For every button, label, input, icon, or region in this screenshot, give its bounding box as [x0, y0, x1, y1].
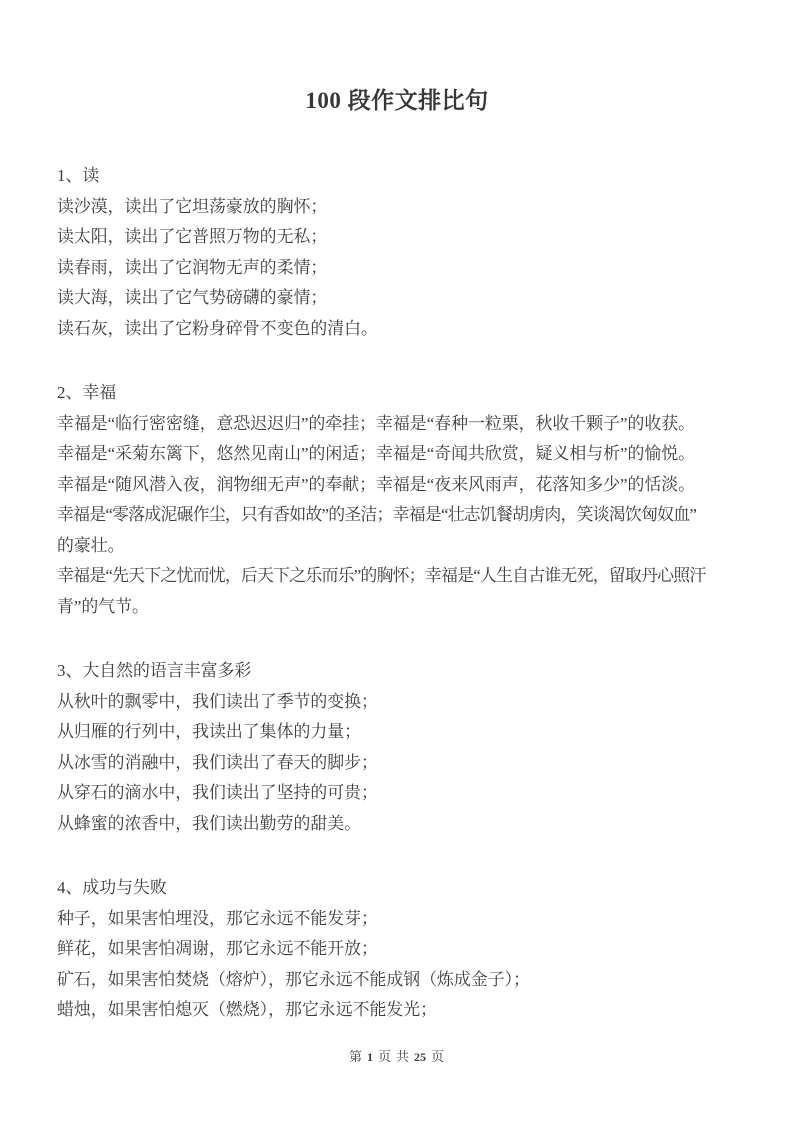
text-line: 种子，如果害怕埋没，那它永远不能发芽； [57, 904, 737, 935]
section-heading: 3、大自然的语言丰富多彩 [57, 656, 737, 687]
document-page: 100 段作文排比句 1、读 读沙漠，读出了它坦荡豪放的胸怀； 读太阳，读出了它… [0, 0, 793, 1122]
text-line: 幸福是“零落成泥碾作尘，只有香如故”的圣洁；幸福是“壮志饥餐胡虏肉，笑谈渴饮匈奴… [57, 500, 737, 531]
text-line: 从蜂蜜的浓香中，我们读出勤劳的甜美。 [57, 809, 737, 840]
section-heading: 4、成功与失败 [57, 873, 737, 904]
text-line: 读沙漠，读出了它坦荡豪放的胸怀； [57, 192, 737, 223]
text-line: 读春雨，读出了它润物无声的柔情； [57, 253, 737, 284]
page-footer: 第 1 页 共 25 页 [0, 1046, 793, 1065]
text-line: 鲜花，如果害怕凋谢，那它永远不能开放； [57, 934, 737, 965]
text-line: 幸福是“随风潜入夜，润物细无声”的奉献；幸福是“夜来风雨声，花落知多少”的恬淡。 [57, 470, 737, 501]
text-line: 幸福是“先天下之忧而忧，后天下之乐而乐”的胸怀；幸福是“人生自古谁无死，留取丹心… [57, 561, 737, 592]
section-1-read: 1、读 读沙漠，读出了它坦荡豪放的胸怀； 读太阳，读出了它普照万物的无私； 读春… [57, 161, 737, 344]
section-heading: 1、读 [57, 161, 737, 192]
text-line: 蜡烛，如果害怕熄灭（燃烧），那它永远不能发光； [57, 995, 737, 1026]
text-line: 从归雁的行列中，我读出了集体的力量； [57, 717, 737, 748]
footer-page-number: 1 [367, 1050, 373, 1065]
text-line: 矿石，如果害怕焚烧（熔炉），那它永远不能成钢（炼成金子）； [57, 965, 737, 996]
text-line: 的豪壮。 [57, 531, 737, 562]
section-3-nature-language: 3、大自然的语言丰富多彩 从秋叶的飘零中，我们读出了季节的变换； 从归雁的行列中… [57, 656, 737, 839]
document-title: 100 段作文排比句 [57, 86, 737, 116]
footer-label-ye2: 页 [431, 1046, 444, 1065]
section-4-success-failure: 4、成功与失败 种子，如果害怕埋没，那它永远不能发芽； 鲜花，如果害怕凋谢，那它… [57, 873, 737, 1026]
text-line: 读大海，读出了它气势磅礴的豪情； [57, 283, 737, 314]
text-line: 幸福是“采菊东篱下，悠然见南山”的闲适；幸福是“奇闻共欣赏，疑义相与析”的愉悦。 [57, 439, 737, 470]
text-line: 读太阳，读出了它普照万物的无私； [57, 222, 737, 253]
footer-label-ye: 页 [378, 1046, 391, 1065]
text-line: 从穿石的滴水中，我们读出了坚持的可贵； [57, 778, 737, 809]
text-line: 青”的气节。 [57, 592, 737, 623]
text-line: 从冰雪的消融中，我们读出了春天的脚步； [57, 748, 737, 779]
footer-total-pages: 25 [414, 1050, 426, 1065]
text-line: 读石灰，读出了它粉身碎骨不变色的清白。 [57, 314, 737, 345]
text-line: 幸福是“临行密密缝，意恐迟迟归”的牵挂；幸福是“春种一粒栗，秋收千颗子”的收获。 [57, 409, 737, 440]
footer-label-gong: 共 [396, 1046, 409, 1065]
section-heading: 2、幸福 [57, 378, 737, 409]
text-line: 从秋叶的飘零中，我们读出了季节的变换； [57, 687, 737, 718]
section-2-happiness: 2、幸福 幸福是“临行密密缝，意恐迟迟归”的牵挂；幸福是“春种一粒栗，秋收千颗子… [57, 378, 737, 622]
footer-label-di: 第 [349, 1046, 362, 1065]
